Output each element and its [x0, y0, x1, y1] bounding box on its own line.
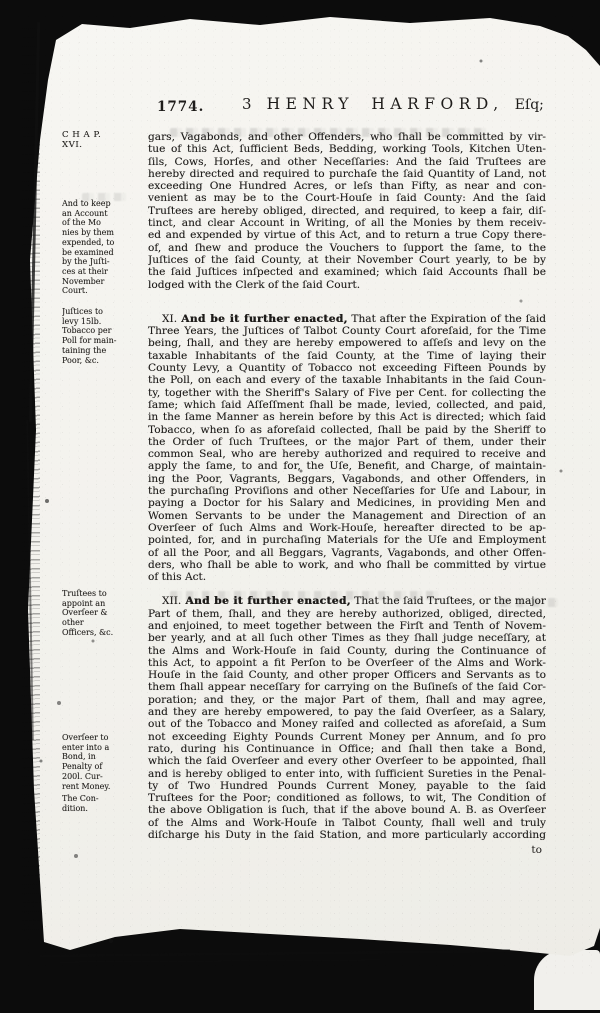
- text-line: being, ſhall, and they are hereby empowe…: [148, 337, 546, 349]
- text-line: levy 15lb.: [62, 317, 146, 327]
- text-line: ber yearly, and at all ſuch other Times …: [148, 632, 546, 644]
- text-line: which the ſaid Overſeer and every other …: [148, 755, 546, 767]
- text-line: ders, who ſhall be able to work, and who…: [148, 559, 546, 571]
- text-line: of the Mo: [62, 218, 146, 228]
- section-xii: XII.And be it further enacted, That the …: [148, 595, 546, 841]
- text-line: XVI.: [62, 141, 146, 151]
- text-line: rent Money.: [62, 782, 146, 792]
- text-line: other: [62, 618, 146, 628]
- text-line: enter into a: [62, 743, 146, 753]
- text-line: of this Act.: [148, 571, 546, 583]
- section-number: XI.: [162, 313, 177, 325]
- text-line: tue of this Act, ſufficient Beds, Beddin…: [148, 143, 546, 155]
- text-line: exceeding One Hundred Acres, or leſs tha…: [148, 180, 546, 192]
- margin-note-keep-account: And to keepan Accountof the Monies by th…: [62, 199, 146, 296]
- text-line: ing the Poor, Vagrants, Beggars, Vagabon…: [148, 473, 546, 485]
- bleed-through-smudge: [170, 591, 440, 600]
- text-line: The Con-: [62, 794, 146, 804]
- torn-left-edge: [22, 28, 40, 933]
- text-line: Overſeer &: [62, 608, 146, 618]
- text-line: poration; and they, or the major Part of…: [148, 694, 546, 706]
- paper-crack: [40, 950, 510, 957]
- text-line: and is hereby obliged to enter into, wit…: [148, 768, 546, 780]
- text-column: gars, Vagabonds, and other Offenders, wh…: [148, 131, 546, 856]
- text-line: the ſaid Juſtices inſpected and examined…: [148, 266, 546, 278]
- text-line: Truſtees are hereby obliged, directed, a…: [148, 205, 546, 217]
- text-line: appoint an: [62, 599, 146, 609]
- text-line: rato, during his Continuance in Office; …: [148, 743, 546, 755]
- text-line: C H A P.: [62, 131, 146, 141]
- text-line: Juſtices to: [62, 307, 146, 317]
- text-line: Part of them, ſhall, and they are hereby…: [148, 608, 546, 620]
- text-line: Truſtees to: [62, 589, 146, 599]
- bleed-through-smudge: [170, 128, 490, 137]
- text-line: an Account: [62, 209, 146, 219]
- text-line: ty, together with the Sheriff's Salary o…: [148, 387, 546, 399]
- underlying-page-corner: [534, 950, 600, 1010]
- text-line: ces at their: [62, 267, 146, 277]
- text-line: expended, to: [62, 238, 146, 248]
- text-line: hereby directed and required to purchaſe…: [148, 168, 546, 180]
- text-line: ſils, Cows, Horſes, and other Neceſſarie…: [148, 156, 546, 168]
- header-page-number: 3: [242, 95, 252, 113]
- catchword: to: [148, 844, 546, 856]
- page-paper: 1774. 3 HENRY HARFORD, Eſq; C H A P.XVI.…: [20, 10, 600, 975]
- text-line: Truſtees for the Poor; conditioned as fo…: [148, 792, 546, 804]
- section-xi-lines: Three Years, the Juſtices of Talbot Coun…: [148, 325, 546, 583]
- text-line: them ſhall appear neceſſary for carrying…: [148, 681, 546, 693]
- margin-note-trustees-appoint: Truſtees toappoint anOverſeer &otherOffi…: [62, 589, 146, 638]
- text-line: of, and ſhew and produce the Vouchers to…: [148, 242, 546, 254]
- text-line: the Alms and Work-Houſe in ſaid County, …: [148, 645, 546, 657]
- page-header: 3 HENRY HARFORD, Eſq;: [242, 94, 544, 113]
- margin-note-chapter: C H A P.XVI.: [62, 131, 146, 150]
- text-line: 200l. Cur-: [62, 772, 146, 782]
- text-line: Poll for main-: [62, 336, 146, 346]
- section-xi: XI.And be it further enacted, That after…: [148, 313, 546, 584]
- text-line: and they are hereby empowered, to pay th…: [148, 706, 546, 718]
- text-line: Overſeer to: [62, 733, 146, 743]
- text-line: the Order of ſuch Truſtees, or the major…: [148, 436, 546, 448]
- text-line: this Act, to appoint a fit Perſon to be …: [148, 657, 546, 669]
- text-line: the purchaſing Proviſions and other Nece…: [148, 485, 546, 497]
- bleed-through-smudge: [500, 598, 558, 607]
- text-line: Tobacco per: [62, 326, 146, 336]
- text-line: ed and expended by virtue of this Act, a…: [148, 229, 546, 241]
- text-line: ty of Two Hundred Pounds Current Money, …: [148, 780, 546, 792]
- text-line: be examined: [62, 248, 146, 258]
- scanned-book-page: 1774. 3 HENRY HARFORD, Eſq; C H A P.XVI.…: [0, 0, 600, 1013]
- text-line: Overſeer of ſuch Alms and Work-Houſe, he…: [148, 522, 546, 534]
- header-suffix: Eſq;: [515, 97, 544, 113]
- text-line: Three Years, the Juſtices of Talbot Coun…: [148, 325, 546, 337]
- margin-note-overseer-bond: Overſeer toenter into aBond, inPenalty o…: [62, 733, 146, 791]
- first-line-text: That after the Expiration of the ſaid: [351, 313, 546, 325]
- enacting-clause: And be it further enacted,: [181, 313, 348, 325]
- text-line: of the Alms and Work-Houſe in Talbot Cou…: [148, 817, 546, 829]
- text-line: in the ſame Manner as herein before by t…: [148, 411, 546, 423]
- text-line: nies by them: [62, 228, 146, 238]
- text-line: diſcharge his Duty in the ſaid Station, …: [148, 829, 546, 841]
- bleed-through-smudge: [82, 193, 128, 201]
- text-line: Bond, in: [62, 752, 146, 762]
- text-line: Houſe in the ſaid County, and other prop…: [148, 669, 546, 681]
- text-line: common Seal, who are hereby authorized a…: [148, 448, 546, 460]
- year-label: 1774.: [157, 99, 204, 115]
- text-line: Officers, &c.: [62, 628, 146, 638]
- text-line: tinct, and clear Account in Writing, of …: [148, 217, 546, 229]
- text-line: Poor, &c.: [62, 356, 146, 366]
- text-line: dition.: [62, 804, 146, 814]
- text-line: Court.: [62, 286, 146, 296]
- text-line: lodged with the Clerk of the ſaid Court.: [148, 279, 546, 291]
- text-line: paying a Doctor for his Salary and Medic…: [148, 497, 546, 509]
- text-line: ſame; which ſaid Aſſeſſment ſhall be mad…: [148, 399, 546, 411]
- text-line: Tobacco, when ſo as aforeſaid collected,…: [148, 424, 546, 436]
- text-line: by the Juſti-: [62, 257, 146, 267]
- header-name: HENRY HARFORD,: [267, 95, 504, 113]
- text-line: apply the ſame, to and for, the Uſe, Ben…: [148, 460, 546, 472]
- margin-note-condition: The Con-dition.: [62, 794, 146, 813]
- section-xi-first-line: XI.And be it further enacted, That after…: [148, 313, 546, 325]
- text-line: November: [62, 277, 146, 287]
- text-line: the Poll, on each and every of the taxab…: [148, 374, 546, 386]
- paragraph-continuation: gars, Vagabonds, and other Offenders, wh…: [148, 131, 546, 291]
- section-xii-lines: Part of them, ſhall, and they are hereby…: [148, 608, 546, 842]
- text-line: the above Obligation is ſuch, that if th…: [148, 804, 546, 816]
- text-line: and enjoined, to meet together between t…: [148, 620, 546, 632]
- text-line: venient as may be to the Court-Houſe in …: [148, 192, 546, 204]
- margin-note-justices-levy: Juſtices tolevy 15lb.Tobacco perPoll for…: [62, 307, 146, 365]
- text-line: Women Servants to be under the Managemen…: [148, 510, 546, 522]
- text-line: not exceeding Eighty Pounds Current Mone…: [148, 731, 546, 743]
- text-line: of all the Poor, and all Beggars, Vagran…: [148, 547, 546, 559]
- text-line: taxable Inhabitants of the ſaid County, …: [148, 350, 546, 362]
- text-line: Penalty of: [62, 762, 146, 772]
- text-line: taining the: [62, 346, 146, 356]
- text-line: out of the Tobacco and Money raiſed and …: [148, 718, 546, 730]
- scan-specks: [0, 0, 2, 2]
- text-line: County Levy, a Quantity of Tobacco not e…: [148, 362, 546, 374]
- text-line: pointed, for, and in purchaſing Material…: [148, 534, 546, 546]
- text-line: Juſtices of the ſaid County, at their No…: [148, 254, 546, 266]
- paper-crack: [60, 959, 380, 963]
